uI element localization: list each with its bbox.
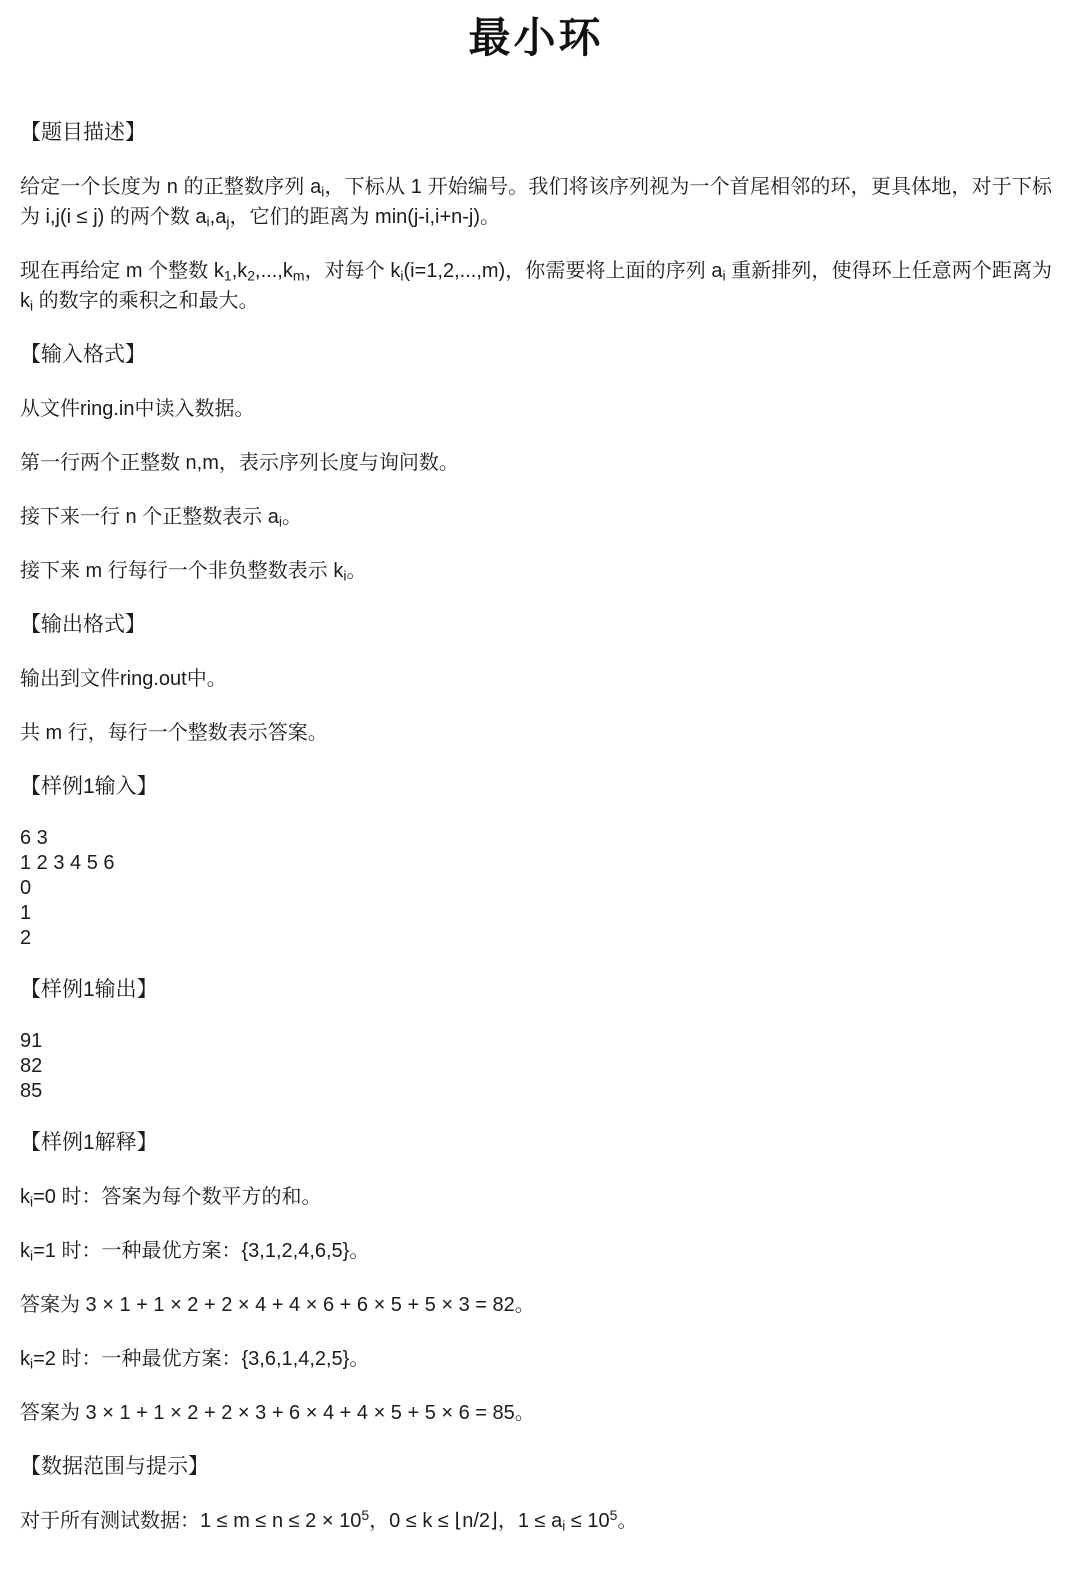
paragraph: 现在再给定 m 个整数 k1,k2,...,km，对每个 ki(i=1,2,..…	[20, 256, 1052, 316]
section-heading: 【样例1解释】	[20, 1128, 1052, 1158]
sample-line: 6 3	[20, 826, 1052, 851]
paragraph: ki=2 时：一种最优方案：{3,6,1,4,2,5}。	[20, 1344, 1052, 1374]
sample-line: 85	[20, 1079, 1052, 1104]
paragraph: ki=0 时：答案为每个数平方的和。	[20, 1182, 1052, 1212]
paragraph: 共 m 行，每行一个整数表示答案。	[20, 718, 1052, 748]
sample-block: 6 31 2 3 4 5 6012	[20, 826, 1052, 951]
sample-line: 91	[20, 1029, 1052, 1054]
paragraph: 答案为 3 × 1 + 1 × 2 + 2 × 4 + 4 × 6 + 6 × …	[20, 1290, 1052, 1320]
paragraph: 对于所有测试数据：1 ≤ m ≤ n ≤ 2 × 105，0 ≤ k ≤ ⌊n/…	[20, 1506, 1052, 1536]
sample-line: 1 2 3 4 5 6	[20, 851, 1052, 876]
page-title: 最小环	[20, 10, 1052, 66]
section-heading: 【题目描述】	[20, 118, 1052, 148]
paragraph: 输出到文件ring.out中。	[20, 664, 1052, 694]
sample-line: 1	[20, 901, 1052, 926]
sample-line: 2	[20, 926, 1052, 951]
sample-line: 82	[20, 1054, 1052, 1079]
section-heading: 【样例1输出】	[20, 975, 1052, 1005]
paragraph: ki=1 时：一种最优方案：{3,1,2,4,6,5}。	[20, 1236, 1052, 1266]
paragraph: 答案为 3 × 1 + 1 × 2 + 2 × 3 + 6 × 4 + 4 × …	[20, 1398, 1052, 1428]
section-heading: 【样例1输入】	[20, 772, 1052, 802]
paragraph: 从文件ring.in中读入数据。	[20, 394, 1052, 424]
section-heading: 【输入格式】	[20, 340, 1052, 370]
paragraph: 给定一个长度为 n 的正整数序列 ai，下标从 1 开始编号。我们将该序列视为一…	[20, 172, 1052, 232]
sample-block: 918285	[20, 1029, 1052, 1104]
sample-line: 0	[20, 876, 1052, 901]
document-body: 【题目描述】给定一个长度为 n 的正整数序列 ai，下标从 1 开始编号。我们将…	[20, 118, 1052, 1536]
paragraph: 接下来一行 n 个正整数表示 ai。	[20, 502, 1052, 532]
paragraph: 第一行两个正整数 n,m，表示序列长度与询问数。	[20, 448, 1052, 478]
problem-document: 最小环 【题目描述】给定一个长度为 n 的正整数序列 ai，下标从 1 开始编号…	[0, 0, 1080, 1580]
paragraph: 接下来 m 行每行一个非负整数表示 ki。	[20, 556, 1052, 586]
section-heading: 【输出格式】	[20, 610, 1052, 640]
section-heading: 【数据范围与提示】	[20, 1452, 1052, 1482]
